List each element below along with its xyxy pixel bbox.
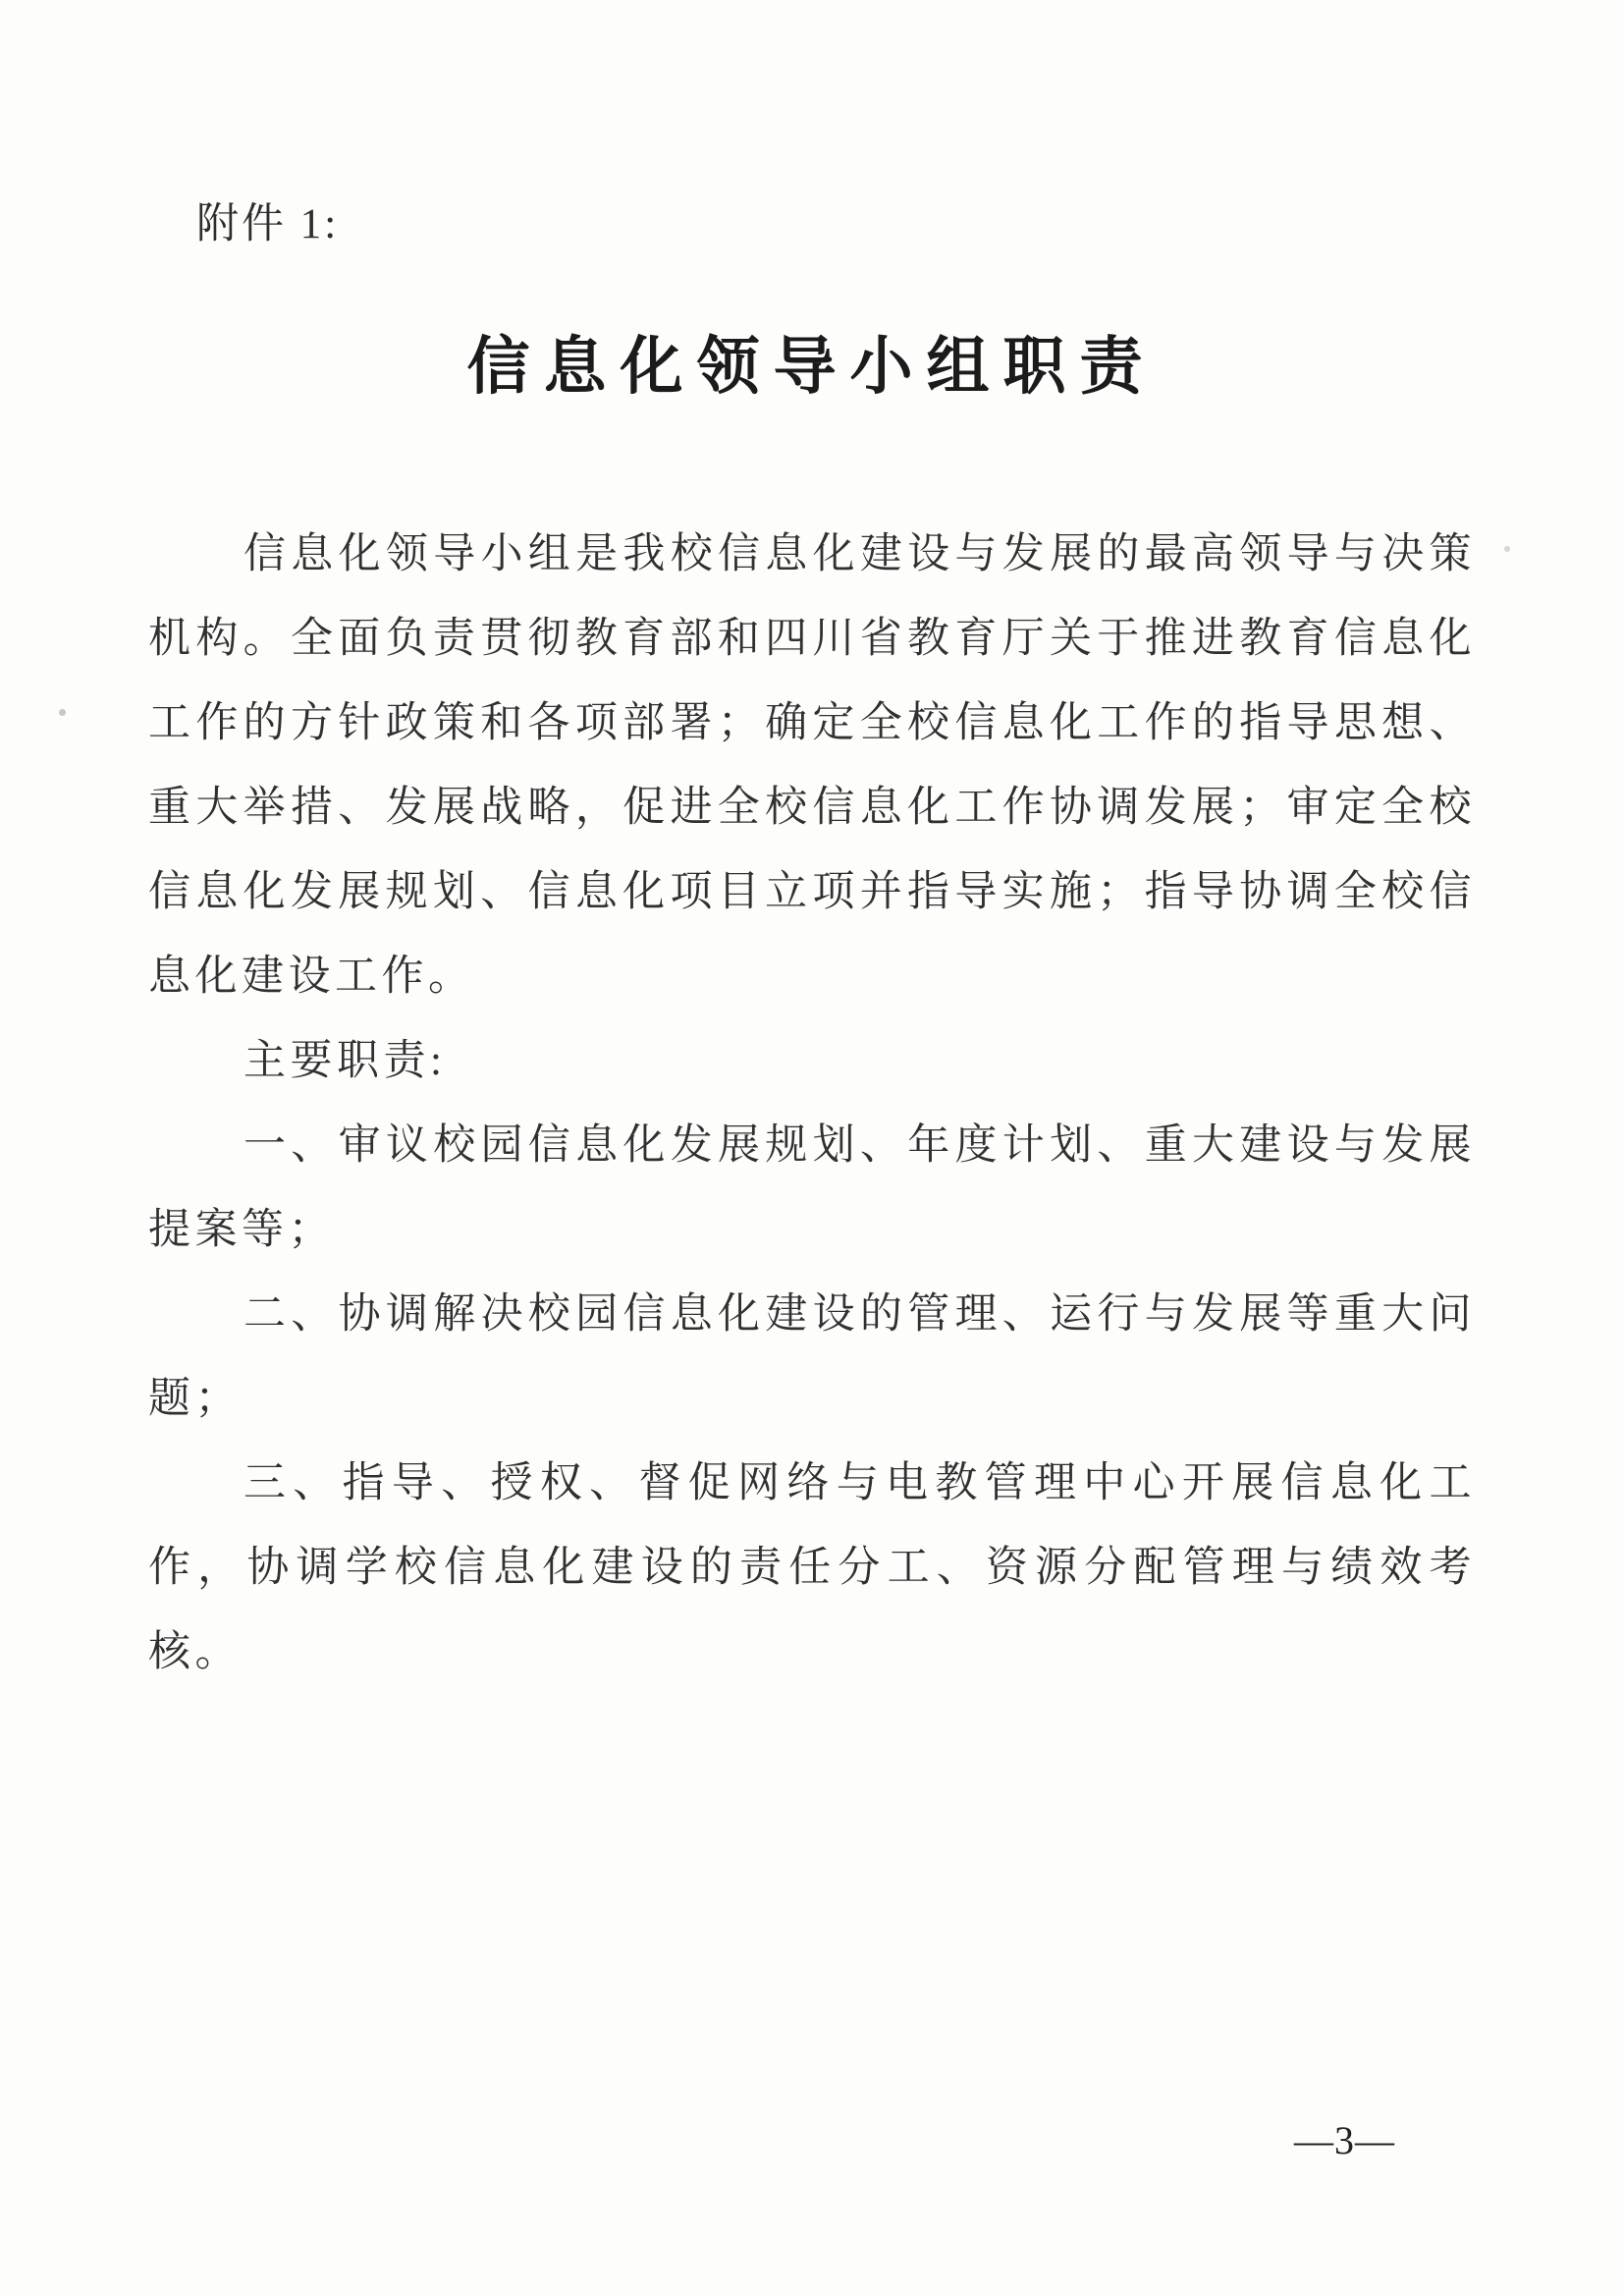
attachment-label: 附件 1: — [196, 191, 339, 250]
paragraph-duties-heading: 主要职责: — [148, 1019, 1476, 1104]
document-body: 信息化领导小组是我校信息化建设与发展的最高领导与决策机构。全面负责贯彻教育部和四… — [148, 513, 1476, 1695]
paragraph-duty-3: 三、指导、授权、督促网络与电教管理中心开展信息化工作，协调学校信息化建设的责任分… — [148, 1442, 1476, 1695]
scan-artifact-dot — [1504, 546, 1510, 552]
scan-artifact-dot — [59, 709, 66, 716]
paragraph-duty-1: 一、审议校园信息化发展规划、年度计划、重大建设与发展提案等； — [148, 1104, 1476, 1273]
paragraph-duty-2: 二、协调解决校园信息化建设的管理、运行与发展等重大问题； — [148, 1273, 1476, 1442]
page-number: —3— — [1294, 2117, 1395, 2163]
paragraph-intro: 信息化领导小组是我校信息化建设与发展的最高领导与决策机构。全面负责贯彻教育部和四… — [148, 513, 1476, 1019]
document-title: 信息化领导小组职责 — [0, 330, 1623, 406]
document-page: 附件 1: 信息化领导小组职责 信息化领导小组是我校信息化建设与发展的最高领导与… — [0, 0, 1623, 2296]
